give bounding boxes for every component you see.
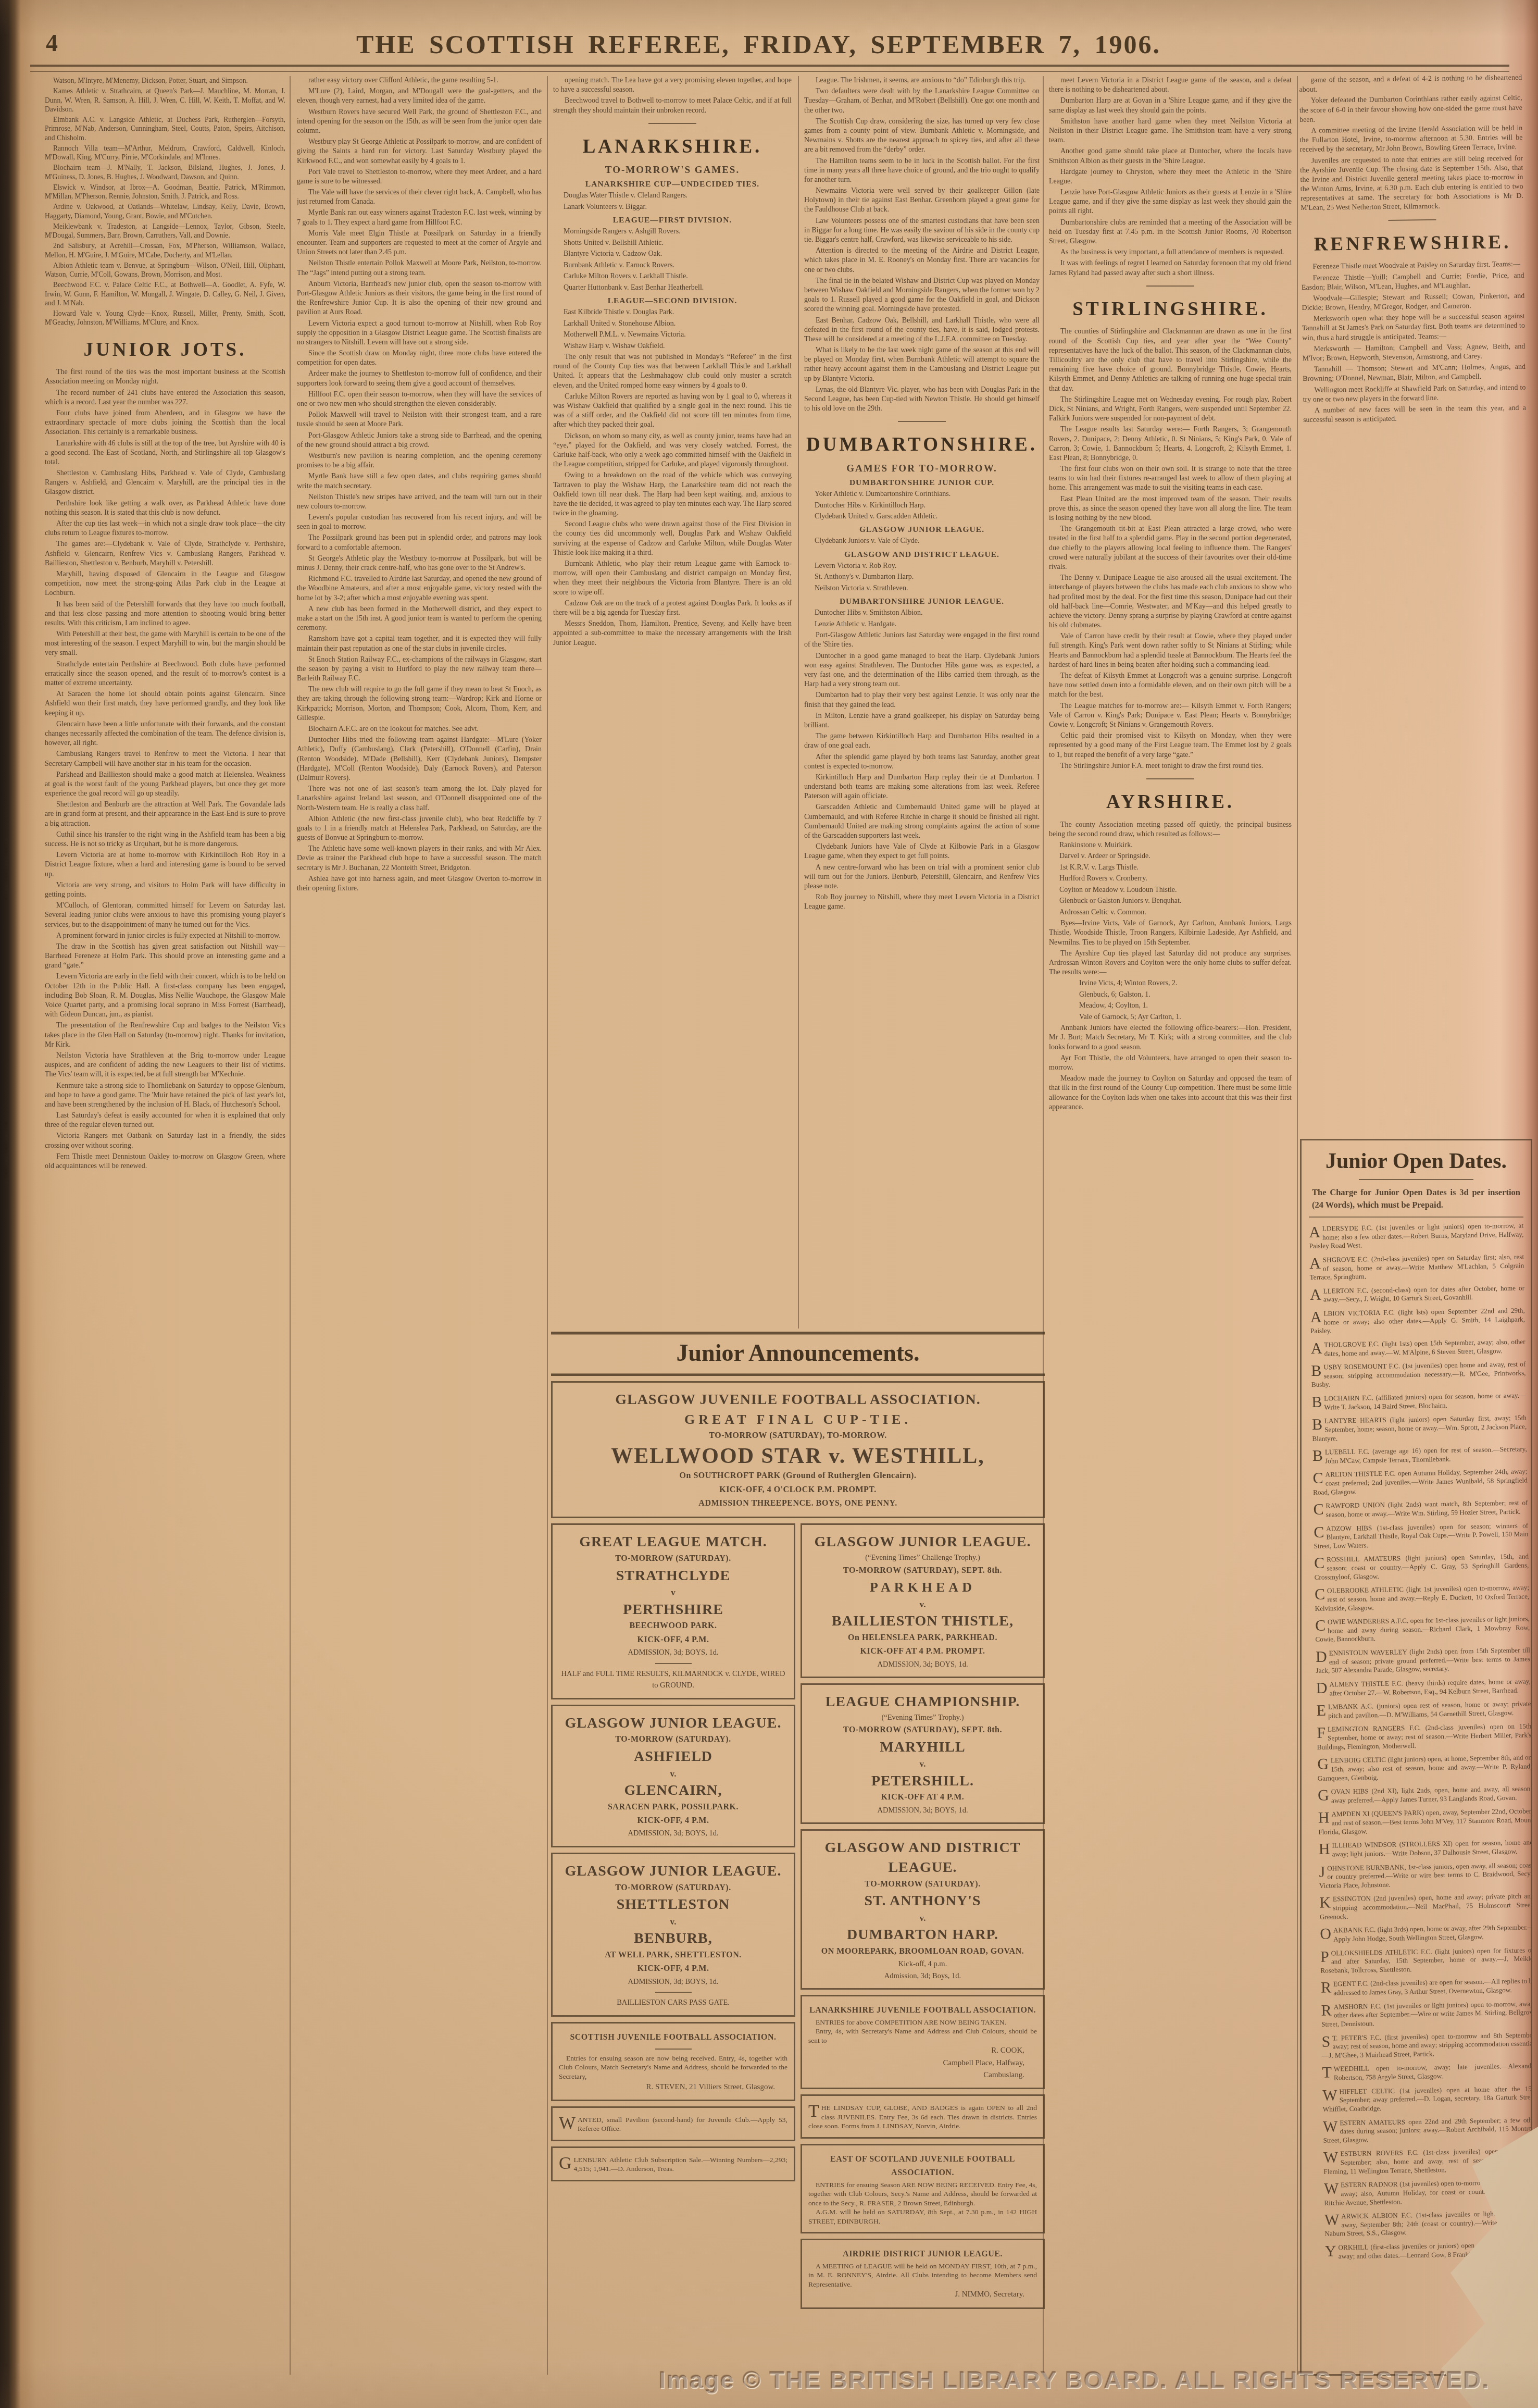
open-date-entry: DALMENY THISTLE F.C. (heavy thirds) requ… — [1316, 1677, 1531, 1698]
open-date-entry: KESSINGTON (2nd juveniles) open, home an… — [1319, 1892, 1532, 1921]
open-date-entry: BLOCHAIRN F.C. (affiliated juniors) open… — [1311, 1391, 1526, 1412]
text-block: Shotts United v. Bellshill Athletic. — [553, 239, 792, 248]
text-block — [898, 421, 946, 422]
text-block: At Saracen the home lot should obtain po… — [45, 690, 285, 718]
text-block: Douglas Water Thistle v. Cleland Rangers… — [553, 191, 792, 201]
ad-line: MARYHILL — [808, 1737, 1037, 1757]
ad-line — [655, 1663, 692, 1664]
ad-line: TO-MORROW (SATURDAY). — [559, 1733, 787, 1746]
ad-line: ST. ANTHONY'S — [808, 1891, 1037, 1911]
text-block: Duntocher Hibs v. Kirkintilloch Harp. — [804, 501, 1040, 511]
ad-line: KICK-OFF, 4 P.M. — [559, 1814, 787, 1828]
column-divider — [798, 76, 799, 1329]
ad-line: STRATHCLYDE — [559, 1566, 787, 1586]
ad-line: GLENCAIRN, — [559, 1781, 787, 1801]
ad-line: PARKHEAD — [808, 1578, 1037, 1597]
text-block: Clydebank Juniors v. Vale of Clyde. — [804, 537, 1040, 546]
text-block: The draw in the Scottish has given great… — [45, 942, 285, 971]
text-block: Pollok Maxwell will travel to Neilston w… — [297, 411, 542, 429]
text-block: Dumbarton had to play their very best ag… — [804, 691, 1040, 710]
text-block: Yoker defeated the Dumbarton Corinthians… — [1299, 94, 1523, 125]
ad-line: v. — [559, 1915, 787, 1929]
ad-line: J. NIMMO, Secretary. — [808, 2289, 1037, 2301]
text-block: Merksworth — Hamilton; Campbell and Vass… — [1302, 342, 1525, 364]
text-block: Ardeer make the journey to Shettleston t… — [297, 369, 542, 388]
text-block: Annbank Juniors have elected the followi… — [1049, 1024, 1292, 1052]
text-block: League. The Irishmen, it seems, are anxi… — [804, 76, 1040, 85]
text-block — [1388, 219, 1436, 220]
text-block: Burnbank Athletic, who play their return… — [553, 560, 792, 598]
open-date-entry: POLLOKSHIELDS ATHLETIC F.C. (light junio… — [1320, 1946, 1532, 1975]
text-block: Glenbuck, 6; Galston, 1. — [1049, 990, 1292, 1000]
text-block: LANARKSHIRE CUP—UNDECIDED TIES. — [553, 180, 792, 189]
ad-line: Entry, 4s, with Secretary's Name and Add… — [808, 2027, 1037, 2045]
text-block: Levern Victoria are at home to-morrow wi… — [45, 851, 285, 879]
ad-line: R. COOK, — [808, 2045, 1037, 2057]
newspaper-page: 4 THE SCOTTISH REFEREE, FRIDAY, SEPTEMBE… — [0, 0, 1538, 2408]
text-block: Blantyre Victoria v. Cadzow Oak. — [553, 250, 792, 259]
text-block: Duntocher Hibs tried the following team … — [297, 736, 542, 783]
ad-line: SHETTLESTON — [559, 1895, 787, 1915]
column-divider — [547, 76, 548, 2375]
ad-line: BENBURB, — [559, 1929, 787, 1948]
open-date-entry: ST. PETER'S F.C. (first juveniles) open … — [1321, 2031, 1532, 2060]
ad-line: Admission, 3d; Boys, 1d. — [808, 1970, 1037, 1982]
text-block: Two defaulters were dealt with by the La… — [804, 87, 1040, 116]
text-block: There was not one of last season's team … — [297, 785, 542, 813]
text-block: Fern Thistle meet Dennistoun Oakley to-m… — [45, 1152, 285, 1171]
ad-line: HALF and FULL TIME RESULTS, KILMARNOCK v… — [559, 1668, 787, 1692]
text-block: Meiklewbank v. Tradeston, at Langside—Le… — [45, 222, 285, 240]
text-block: Wellington meet Rockliffe at Shawfield P… — [1303, 383, 1526, 405]
ad-line: ADMISSION, 3d; BOYS, 1d. — [559, 1647, 787, 1658]
ad-line: PETERSHILL. — [808, 1771, 1037, 1791]
text-block: After the splendid game played by both t… — [804, 753, 1040, 772]
text-block: Smithston have another hard game when th… — [1049, 117, 1292, 146]
ad-line: PERTHSHIRE — [559, 1600, 787, 1620]
ad-line: Cambuslang. — [808, 2069, 1037, 2081]
ad-line: BEECHWOOD PARK. — [559, 1619, 787, 1633]
text-block: Victoria are very strong, and visitors t… — [45, 881, 285, 900]
text-block: Strathclyde entertain Perthshire at Beec… — [45, 660, 285, 689]
text-block: The county Association meeting passed of… — [1049, 821, 1292, 839]
text-block: Clydebank United v. Garscadden Athletic. — [804, 512, 1040, 522]
ad-line: A MEETING of LEAGUE will be held on MOND… — [808, 2262, 1037, 2289]
open-date-entry: CRAWFORD UNION (light 2nds) want match, … — [1313, 1499, 1528, 1520]
text-block: Neilston Victoria have Strathleven at th… — [45, 1051, 285, 1080]
ad-line: GLASGOW JUVENILE FOOTBALL ASSOCIATION. — [559, 1390, 1037, 1410]
text-block: It has been said of the Petershill forwa… — [45, 600, 285, 629]
text-block: The League results last Saturday were:— … — [1049, 425, 1292, 463]
text-block: GAMES FOR TO-MORROW. — [804, 463, 1040, 475]
text-block: Fereneze Thistle meet Woodvale at Paisle… — [1301, 260, 1524, 272]
ad-airdrie-district-league: AIRDRIE DISTRICT JUNIOR LEAGUE.A MEETING… — [801, 2239, 1045, 2308]
ad-line: TO-MORROW (SATURDAY), TO-MORROW. — [559, 1429, 1037, 1443]
text-block: Vale of Carron have credit by their resu… — [1049, 632, 1292, 670]
ad-line: v. — [808, 1911, 1037, 1925]
text-block: St George's Athletic play the Westbury t… — [297, 554, 542, 573]
text-block: Byes—Irvine Victs, Vale of Garnock, Ayr … — [1049, 919, 1292, 948]
text-block: The League matches for to-morrow are:— K… — [1049, 702, 1292, 730]
text-block: Anburn Victoria, Barrhead's new junior c… — [297, 280, 542, 318]
text-block: 2nd Salisbury, at Acrehill—Crossan, Fox,… — [45, 241, 285, 259]
open-date-entry: CROSSHILL AMATEURS (light juniors) open … — [1314, 1553, 1529, 1582]
text-block: Elmbank A.C. v. Langside Athletic, at Du… — [45, 115, 285, 142]
ad-glasgow-juvenile-final: GLASGOW JUVENILE FOOTBALL ASSOCIATION.GR… — [551, 1381, 1045, 1518]
text-block: St Enoch Station Railway F.C., ex-champi… — [297, 655, 542, 684]
open-date-entry: OAKBANK F.C. (light 3rds) open, home or … — [1320, 1923, 1532, 1944]
text-block: Ayr Fort Thistle, the old Volunteers, ha… — [1049, 1054, 1292, 1073]
ad-line: GLASGOW JUNIOR LEAGUE. — [808, 1532, 1037, 1552]
text-block: Shettleston v. Cambuslang Hibs, Parkhead… — [45, 469, 285, 498]
ad-line: TO-MORROW (SATURDAY), SEPT. 8th. — [808, 1564, 1037, 1578]
column-dumbartonshire: League. The Irishmen, it seems, are anxi… — [804, 76, 1040, 1326]
ad-line: ENTRIES for ensuing Season ARE NOW BEING… — [808, 2180, 1037, 2208]
text-block: Westburn's new pavilion is nearing compl… — [297, 452, 542, 470]
text-block: Levern Victoria are early in the field w… — [45, 972, 285, 1020]
text-block — [1146, 778, 1194, 779]
text-block: Levern Victoria v. Rob Roy. — [804, 562, 1040, 571]
ad-line: A.G.M. will be held on SATURDAY, 8th Sep… — [808, 2207, 1037, 2226]
text-block: M'Lure (2), Laird, Morgan, and M'Dougall… — [297, 87, 542, 106]
open-date-entry: HAMPDEN XI (QUEEN'S PARK) open, away, Se… — [1318, 1807, 1532, 1836]
text-block: The Denny v. Dunipace League tie also ar… — [1049, 574, 1292, 630]
ad-line: KICK-OFF AT 4 P.M. — [808, 1791, 1037, 1804]
ad-line: ENTRIES for above COMPETITION ARE NOW BE… — [808, 2018, 1037, 2027]
open-date-entry: DENNISTOUN WAVERLEY (light 2nds) open fr… — [1316, 1646, 1531, 1675]
ad-line: ASHFIELD — [559, 1747, 787, 1767]
ad-line: BAILLIESTON THISTLE, — [808, 1611, 1037, 1631]
open-date-entry: TWEEDHILL open to-morrow, away; late juv… — [1322, 2062, 1532, 2083]
text-block: JUNIOR JOTS. — [45, 340, 285, 361]
ad-glasgow-district-league-st-anthonys: GLASGOW AND DISTRICT LEAGUE.TO-MORROW (S… — [801, 1829, 1045, 1990]
text-block: Neilston Victoria v. Strathleven. — [804, 584, 1040, 593]
text-block: Four clubs have joined from Aberdeen, an… — [45, 409, 285, 438]
ad-line — [655, 2049, 692, 2050]
ad-line: SARACEN PARK, POSSILPARK. — [559, 1801, 787, 1814]
text-block: Neilston Thistle entertain Pollok Maxwel… — [297, 259, 542, 278]
text-block: The counties of Stirlingshire and Clackm… — [1049, 327, 1292, 393]
open-date-entry: WHIFFLET CELTIC (1st juveniles) open at … — [1322, 2084, 1532, 2114]
open-date-entry: BUSBY ROSEMOUNT F.C. (1st juveniles) ope… — [1311, 1360, 1526, 1389]
open-dates-list: ALDERSYDE F.C. (1st juveniles or light j… — [1309, 1221, 1532, 2261]
text-block: DUMBARTONSHIRE JUNIOR CUP. — [804, 478, 1040, 488]
text-block: STIRLINGSHIRE. — [1049, 299, 1292, 320]
text-block: Rankinstone v. Muirkirk. — [1049, 841, 1292, 850]
text-block: As the business is very important, a ful… — [1049, 248, 1292, 257]
masthead-title: THE SCOTTISH REFEREE, FRIDAY, SEPTEMBER … — [0, 29, 1517, 59]
text-block: Ashlea have got into harness again, and … — [297, 875, 542, 893]
ad-glenburn-subscription: GLENBURN Athletic Club Subscription Sale… — [551, 2146, 795, 2181]
text-block — [1146, 286, 1194, 287]
ad-line: WELLWOOD STAR v. WESTHILL, — [559, 1443, 1037, 1469]
text-block: The final tie in the belated Wishaw and … — [804, 277, 1040, 315]
ad-line: TO-MORROW (SATURDAY). — [808, 1878, 1037, 1891]
text-block: Port-Glasgow Athletic Juniors last Satur… — [804, 631, 1040, 650]
ad-line: Entries for ensuing season are now being… — [559, 2054, 787, 2081]
ad-line: KICK-OFF, 4 P.M. — [559, 1633, 787, 1647]
ad-line: LANARKSHIRE JUVENILE FOOTBALL ASSOCIATIO… — [808, 2004, 1037, 2017]
watermark: Image © THE BRITISH LIBRARY BOARD. ALL R… — [659, 2365, 1534, 2394]
text-block: Blochairn team—J. M'Nally, T. Jackson, B… — [45, 163, 285, 181]
ad-line: WANTED, small Pavilion (second-hand) for… — [559, 2115, 787, 2133]
ad-line: v — [559, 1585, 787, 1599]
text-block: Fereneze Thistle—Yuill; Campbell and Cur… — [1302, 271, 1524, 293]
text-block: Kames Athletic v. Strathcairn, at Queen'… — [45, 86, 285, 114]
ad-line: LEAGUE CHAMPIONSHIP. — [808, 1692, 1037, 1712]
column-junior-jots: Watson, M'Intyre, M'Menemy, Dickson, Pot… — [45, 76, 285, 2375]
ad-wanted-pavilion: WANTED, small Pavilion (second-hand) for… — [551, 2106, 795, 2141]
text-block: Victoria Rangers met Oatbank on Saturday… — [45, 1132, 285, 1150]
text-block: Meadow made the journey to Coylton on Sa… — [1049, 1074, 1292, 1112]
ad-line: R. STEVEN, 21 Villiers Street, Glasgow. — [559, 2081, 787, 2093]
open-date-entry: GOVAN HIBS (2nd XI), light 2nds, open, h… — [1318, 1784, 1532, 1805]
announcements-left-column: GREAT LEAGUE MATCH.TO-MORROW (SATURDAY).… — [551, 1523, 795, 2187]
text-block: TO-MORROW'S GAMES. — [553, 165, 792, 176]
text-block: The Vale will have the services of their… — [297, 188, 542, 207]
text-block: Maryhill, having disposed of Glencairn i… — [45, 570, 285, 599]
text-block: Merksworth open what they hope will be a… — [1302, 312, 1526, 343]
text-block: Levern's popular custodian has recovered… — [297, 513, 542, 532]
ad-line: KICK-OFF, 4 O'CLOCK P.M. PROMPT. — [559, 1483, 1037, 1497]
text-block: The Grangemouth tit-bit at East Plean at… — [1049, 525, 1292, 572]
text-block: Beechwood F.C. v. Palace Celtic F.C., at… — [45, 280, 285, 307]
text-block: Clydebank Juniors have Vale of Clyde at … — [804, 842, 1040, 861]
open-dates-divider — [1309, 1217, 1523, 1218]
text-block: What is likely to be the last week night… — [804, 346, 1040, 384]
ad-line: Kick-off, 4 p.m. — [808, 1958, 1037, 1970]
ad-line: GLASGOW JUNIOR LEAGUE. — [559, 1714, 787, 1733]
text-block: Cadzow Oak are on the track of a protest… — [553, 599, 792, 618]
ad-line: TO-MORROW (SATURDAY). — [559, 1552, 787, 1566]
text-block: AYRSHIRE. — [1049, 792, 1292, 813]
text-block: East Kilbride Thistle v. Douglas Park. — [553, 308, 792, 317]
text-block: The games are:—Clydebank v. Vale of Clyd… — [45, 540, 285, 568]
open-date-entry: ALBION VICTORIA F.C. (light lsts) open S… — [1310, 1306, 1526, 1335]
column-divider — [1297, 76, 1298, 2375]
ad-line: TO-MORROW (SATURDAY). — [559, 1881, 787, 1895]
text-block: Lanark Volunteers v. Biggar. — [553, 203, 792, 212]
text-block: Irvine Victs, 4; Winton Rovers, 2. — [1049, 979, 1292, 988]
text-block: Parkhead and Baillieston should make a g… — [45, 771, 285, 799]
text-block: Perthshire look like getting a walk over… — [45, 499, 285, 518]
text-block: Messrs Sneddon, Thom, Hamilton, Prentice… — [553, 619, 792, 648]
text-block: The Athletic have some well-known player… — [297, 845, 542, 873]
ad-line: KICK-OFF AT 4 P.M. PROMPT. — [808, 1645, 1037, 1658]
ad-line: v. — [808, 1597, 1037, 1611]
open-date-entry: ALLERTON F.C. (second-class) open for da… — [1310, 1284, 1524, 1305]
text-block: The presentation of the Renfrewshire Cup… — [45, 1021, 285, 1050]
open-dates-charge-note: The Charge for Junior Open Dates is 3d p… — [1312, 1186, 1520, 1211]
text-block: GLASGOW AND DISTRICT LEAGUE. — [804, 550, 1040, 560]
text-block: Larkhall United v. Stonehouse Albion. — [553, 319, 792, 329]
text-block: Ardine v. Oakwood, at Oatlands—Whitelaw,… — [45, 202, 285, 220]
open-date-entry: CARLTON THISTLE F.C. open Autumn Holiday… — [1312, 1468, 1528, 1497]
open-date-entry: RAMSHORN F.C. (1st juveniles or light ju… — [1321, 2000, 1532, 2029]
text-block: Port Vale travel to Shettleston to-morro… — [297, 168, 542, 187]
text-block: Howard Vale v. Young Clyde—Knox, Russell… — [45, 309, 285, 327]
text-block: It was with feelings of regret I learned… — [1049, 259, 1292, 278]
ad-line: THE LINDSAY CUP, GLOBE, AND BADGES is ag… — [808, 2103, 1037, 2131]
text-block: The first four clubs won on their own so… — [1049, 465, 1292, 493]
ad-line: GLENBURN Athletic Club Subscription Sale… — [559, 2155, 787, 2174]
ad-line: ADMISSION, 3d; BOYS, 1d. — [808, 1805, 1037, 1816]
column-stirlingshire-ayrshire: meet Levern Victoria in a District Leagu… — [1049, 76, 1292, 2375]
text-block: Woodvale—Gillespie; Stewart and Russell;… — [1302, 292, 1524, 314]
text-block: Juveniles are requested to note that ent… — [1300, 154, 1523, 213]
text-block: Lynas, the old Blantyre Vic. player, who… — [804, 386, 1040, 414]
junior-open-dates-title: Junior Open Dates. — [1309, 1147, 1523, 1179]
text-block: Hardgate journey to Chryston, where they… — [1049, 168, 1292, 187]
ad-line: ON MOOREPARK, BROOMLOAN ROAD, GOVAN. — [808, 1945, 1037, 1958]
text-block: Lenzie have Port-Glasgow Athletic Junior… — [1049, 188, 1292, 217]
text-block: Myrtle Bank have still a few open dates,… — [297, 472, 542, 491]
text-block: Myrtle Bank ran out easy winners against… — [297, 208, 542, 227]
column-lanarkshire: opening match. The Lea have got a very p… — [553, 76, 792, 1326]
text-block: A committee meeting of the Irvine Herald… — [1299, 124, 1523, 155]
ad-lindsay-cup: THE LINDSAY CUP, GLOBE, AND BADGES is ag… — [801, 2094, 1045, 2139]
open-date-entry: HILLHEAD WINDSOR (STROLLERS XI) open for… — [1319, 1838, 1532, 1859]
ad-line — [655, 1992, 692, 1993]
text-block: Dumbarton Harp are at Govan in a 'Shire … — [1049, 96, 1292, 115]
open-date-entry: BLANTYRE HEARTS (light juniors) open Sat… — [1312, 1414, 1527, 1443]
text-block: The only result that was not published i… — [553, 353, 792, 391]
text-block: Newmains Victoria were well served by th… — [804, 187, 1040, 215]
text-block: LEAGUE—FIRST DIVISION. — [553, 216, 792, 225]
text-block: Morris Vale meet Elgin Thistle at Possil… — [297, 229, 542, 258]
column-renfrewshire: game of the season, and a defeat of 4-2 … — [1299, 73, 1535, 1136]
ad-line: TO-MORROW (SATURDAY), SEPT. 8th. — [808, 1723, 1037, 1737]
ad-glasgow-junior-league-parkhead: GLASGOW JUNIOR LEAGUE.(“Evening Times” C… — [801, 1523, 1045, 1678]
ad-line: AT WELL PARK, SHETTLESTON. — [559, 1948, 787, 1962]
text-block: Dumbartonshire clubs are reminded that a… — [1049, 218, 1292, 247]
text-block: Albion Athletic (the new first-class juv… — [297, 815, 542, 843]
text-block: With Petershill at their best, the game … — [45, 630, 285, 659]
text-block: Yoker Athletic v. Dumbartonshire Corinth… — [804, 490, 1040, 499]
text-block: Darvel v. Ardeer or Springside. — [1049, 852, 1292, 861]
text-block: Shettleston and Benburb are the attracti… — [45, 800, 285, 829]
text-block: Kenmure take a strong side to Thornlieba… — [45, 1082, 285, 1110]
open-date-entry: ASHGROVE F.C. (2nd-class juveniles) open… — [1309, 1252, 1524, 1282]
ad-line: GREAT FINAL CUP-TIE. — [559, 1410, 1037, 1430]
text-block: Cuthil since his transfer to the right w… — [45, 830, 285, 849]
text-block: Lenzie Athletic v. Hardgate. — [804, 620, 1040, 629]
text-block: A new centre-forward who has been on tri… — [804, 863, 1040, 892]
ad-line: (“Evening Times” Trophy.) — [808, 1712, 1037, 1723]
ad-line: ADMISSION THREEPENCE. BOYS, ONE PENNY. — [559, 1497, 1037, 1510]
text-block: meet Levern Victoria in a District Leagu… — [1049, 76, 1292, 95]
text-block: Cambuslang Rangers travel to Renfrew to … — [45, 750, 285, 768]
open-date-entry: JOHNSTONE BURNBANK, 1st-class juniors, o… — [1319, 1861, 1532, 1890]
ad-line: AIRDRIE DISTRICT JUNIOR LEAGUE. — [808, 2248, 1037, 2261]
ad-line: ADMISSION, 3d; BOYS, 1d. — [559, 1828, 787, 1839]
open-date-entry: CADZOW HIBS (1st-class juveniles) open f… — [1314, 1521, 1529, 1550]
ad-league-championship-maryhill: LEAGUE CHAMPIONSHIP.(“Evening Times” Tro… — [801, 1683, 1045, 1824]
text-block: Rannoch Villa team—M'Arthur, Meldrum, Cr… — [45, 144, 285, 162]
open-dates-rule — [1359, 1179, 1473, 1180]
text-block: opening match. The Lea have got a very p… — [553, 76, 792, 95]
text-block: LEAGUE—SECOND DIVISION. — [553, 296, 792, 306]
text-block: The Hamilton teams seem to be in luck in… — [804, 157, 1040, 185]
open-date-entry: ATHOLGROVE F.C. (light 1sts) open 15th S… — [1311, 1337, 1526, 1358]
text-block: Duntocher in a good game managed to beat… — [804, 652, 1040, 690]
column-junior-notes: rather easy victory over Clifford Athlet… — [297, 76, 542, 2375]
ad-line: DUMBARTON HARP. — [808, 1925, 1037, 1945]
text-block: Motherwell P.M.L. v. Newmains Victoria. — [553, 330, 792, 340]
text-block: Meadow, 4; Coylton, 1. — [1049, 1001, 1292, 1011]
text-block: The defeat of Kilsyth Emmet at Longcroft… — [1049, 672, 1292, 700]
ad-lanarkshire-juvenile: LANARKSHIRE JUVENILE FOOTBALL ASSOCIATIO… — [801, 1995, 1045, 2089]
text-block: Hillfoot F.C. open their season to-morro… — [297, 390, 542, 409]
text-block: East Benhar, Cadzow Oak, Bellshill, and … — [804, 316, 1040, 345]
text-block: game of the season, and a defeat of 4-2 … — [1299, 73, 1522, 95]
ad-great-league-match: GREAT LEAGUE MATCH.TO-MORROW (SATURDAY).… — [551, 1523, 795, 1699]
text-block: Ramshorn have got a capital team togethe… — [297, 635, 542, 653]
text-block: Coylton or Meadow v. Loudoun Thistle. — [1049, 886, 1292, 895]
text-block: Another good game should take place at D… — [1049, 147, 1292, 166]
text-block: After the cup ties last week—in which no… — [45, 519, 285, 538]
text-block: Lanarkshire with 46 clubs is still at th… — [45, 439, 285, 468]
text-block: Kirkintilloch Harp and Dumbarton Harp re… — [804, 773, 1040, 802]
open-date-entry: COWIE WANDERERS A.F.C. open for 1st-clas… — [1315, 1615, 1530, 1644]
text-block: Westburn Rovers have secured Well Park, … — [297, 108, 542, 136]
text-block: 1st K.R.V. v. Largs Thistle. — [1049, 863, 1292, 873]
text-block: Richmond F.C. travelled to Airdrie last … — [297, 575, 542, 603]
text-block: Rob Roy journey to Nitshill, where they … — [804, 893, 1040, 912]
ad-glasgow-junior-league-ashfield: GLASGOW JUNIOR LEAGUE.TO-MORROW (SATURDA… — [551, 1705, 795, 1847]
text-block: Celtic paid their promised visit to Kils… — [1049, 731, 1292, 760]
ad-line: BAILLIESTON CARS PASS GATE. — [559, 1997, 787, 2008]
text-block: RENFREWSHIRE. — [1301, 231, 1524, 255]
masthead-rule — [30, 65, 1509, 72]
text-block: The Scottish Cup draw, considering the s… — [804, 117, 1040, 155]
open-date-entry: FLEMINGTON RANGERS F.C. (2nd-class juven… — [1317, 1722, 1532, 1752]
open-date-entry: REGENT F.C. (2nd-class juveniles) are op… — [1321, 1977, 1532, 1998]
text-block: Owing to a breakdown on the road of the … — [553, 471, 792, 518]
ad-line: KICK-OFF, 4 P.M. — [559, 1962, 787, 1976]
text-block: Second League clubs who were drawn again… — [553, 520, 792, 558]
open-date-entry: ALDERSYDE F.C. (1st juveniles or light j… — [1309, 1221, 1524, 1250]
text-block: Glencairn have been a little unfortunate… — [45, 720, 285, 749]
text-block: Watson, M'Intyre, M'Menemy, Dickson, Pot… — [45, 76, 285, 85]
text-block: Ardrossan Celtic v. Common. — [1049, 908, 1292, 917]
text-block: Duntocher Hibs v. Smithston Albion. — [804, 609, 1040, 618]
text-block: St. Anthony's v. Dumbarton Harp. — [804, 573, 1040, 582]
text-block: The new club will require to go the full… — [297, 685, 542, 723]
text-block: Garscadden Athletic and Cumbernauld Unit… — [804, 803, 1040, 841]
ad-line: Campbell Place, Halfway, — [808, 2057, 1037, 2069]
ad-glasgow-junior-league-shettleston: GLASGOW JUNIOR LEAGUE.TO-MORROW (SATURDA… — [551, 1853, 795, 2017]
text-block: Carluke Milton Rovers are reported as ha… — [553, 392, 792, 430]
text-block: East Plean United are the most improved … — [1049, 495, 1292, 524]
ad-scottish-juvenile-association: SCOTTISH JUVENILE FOOTBALL ASSOCIATION.E… — [551, 2022, 795, 2101]
ad-line: v. — [808, 1757, 1037, 1771]
text-block: Glenbuck or Galston Juniors v. Benquhat. — [1049, 897, 1292, 906]
text-block: A new club has been formed in the Mother… — [297, 605, 542, 634]
ad-line: ADMISSION, 3d; BOYS, 1d. — [559, 1976, 787, 1988]
text-block: The first round of the ties was the most… — [45, 368, 285, 387]
ad-line: (“Evening Times” Challenge Trophy.) — [808, 1552, 1037, 1563]
open-date-entry: BLUEBELL F.C. (average age 16) open for … — [1312, 1445, 1527, 1466]
ad-line: GLASGOW JUNIOR LEAGUE. — [559, 1861, 787, 1881]
text-block: Carluke Milton Rovers v. Larkhall Thistl… — [553, 272, 792, 281]
junior-announcements-section: Junior Announcements. GLASGOW JUVENILE F… — [551, 1332, 1045, 2408]
text-block: The Ayrshire Cup ties played last Saturd… — [1049, 949, 1292, 978]
text-block: The game between Kirkintilloch Harp and … — [804, 732, 1040, 751]
text-block: M'Culloch, of Glentoran, committed himse… — [45, 901, 285, 930]
text-block: Last Saturday's defeat is easily account… — [45, 1111, 285, 1130]
text-block: The Possilpark ground has been put in sp… — [297, 533, 542, 552]
